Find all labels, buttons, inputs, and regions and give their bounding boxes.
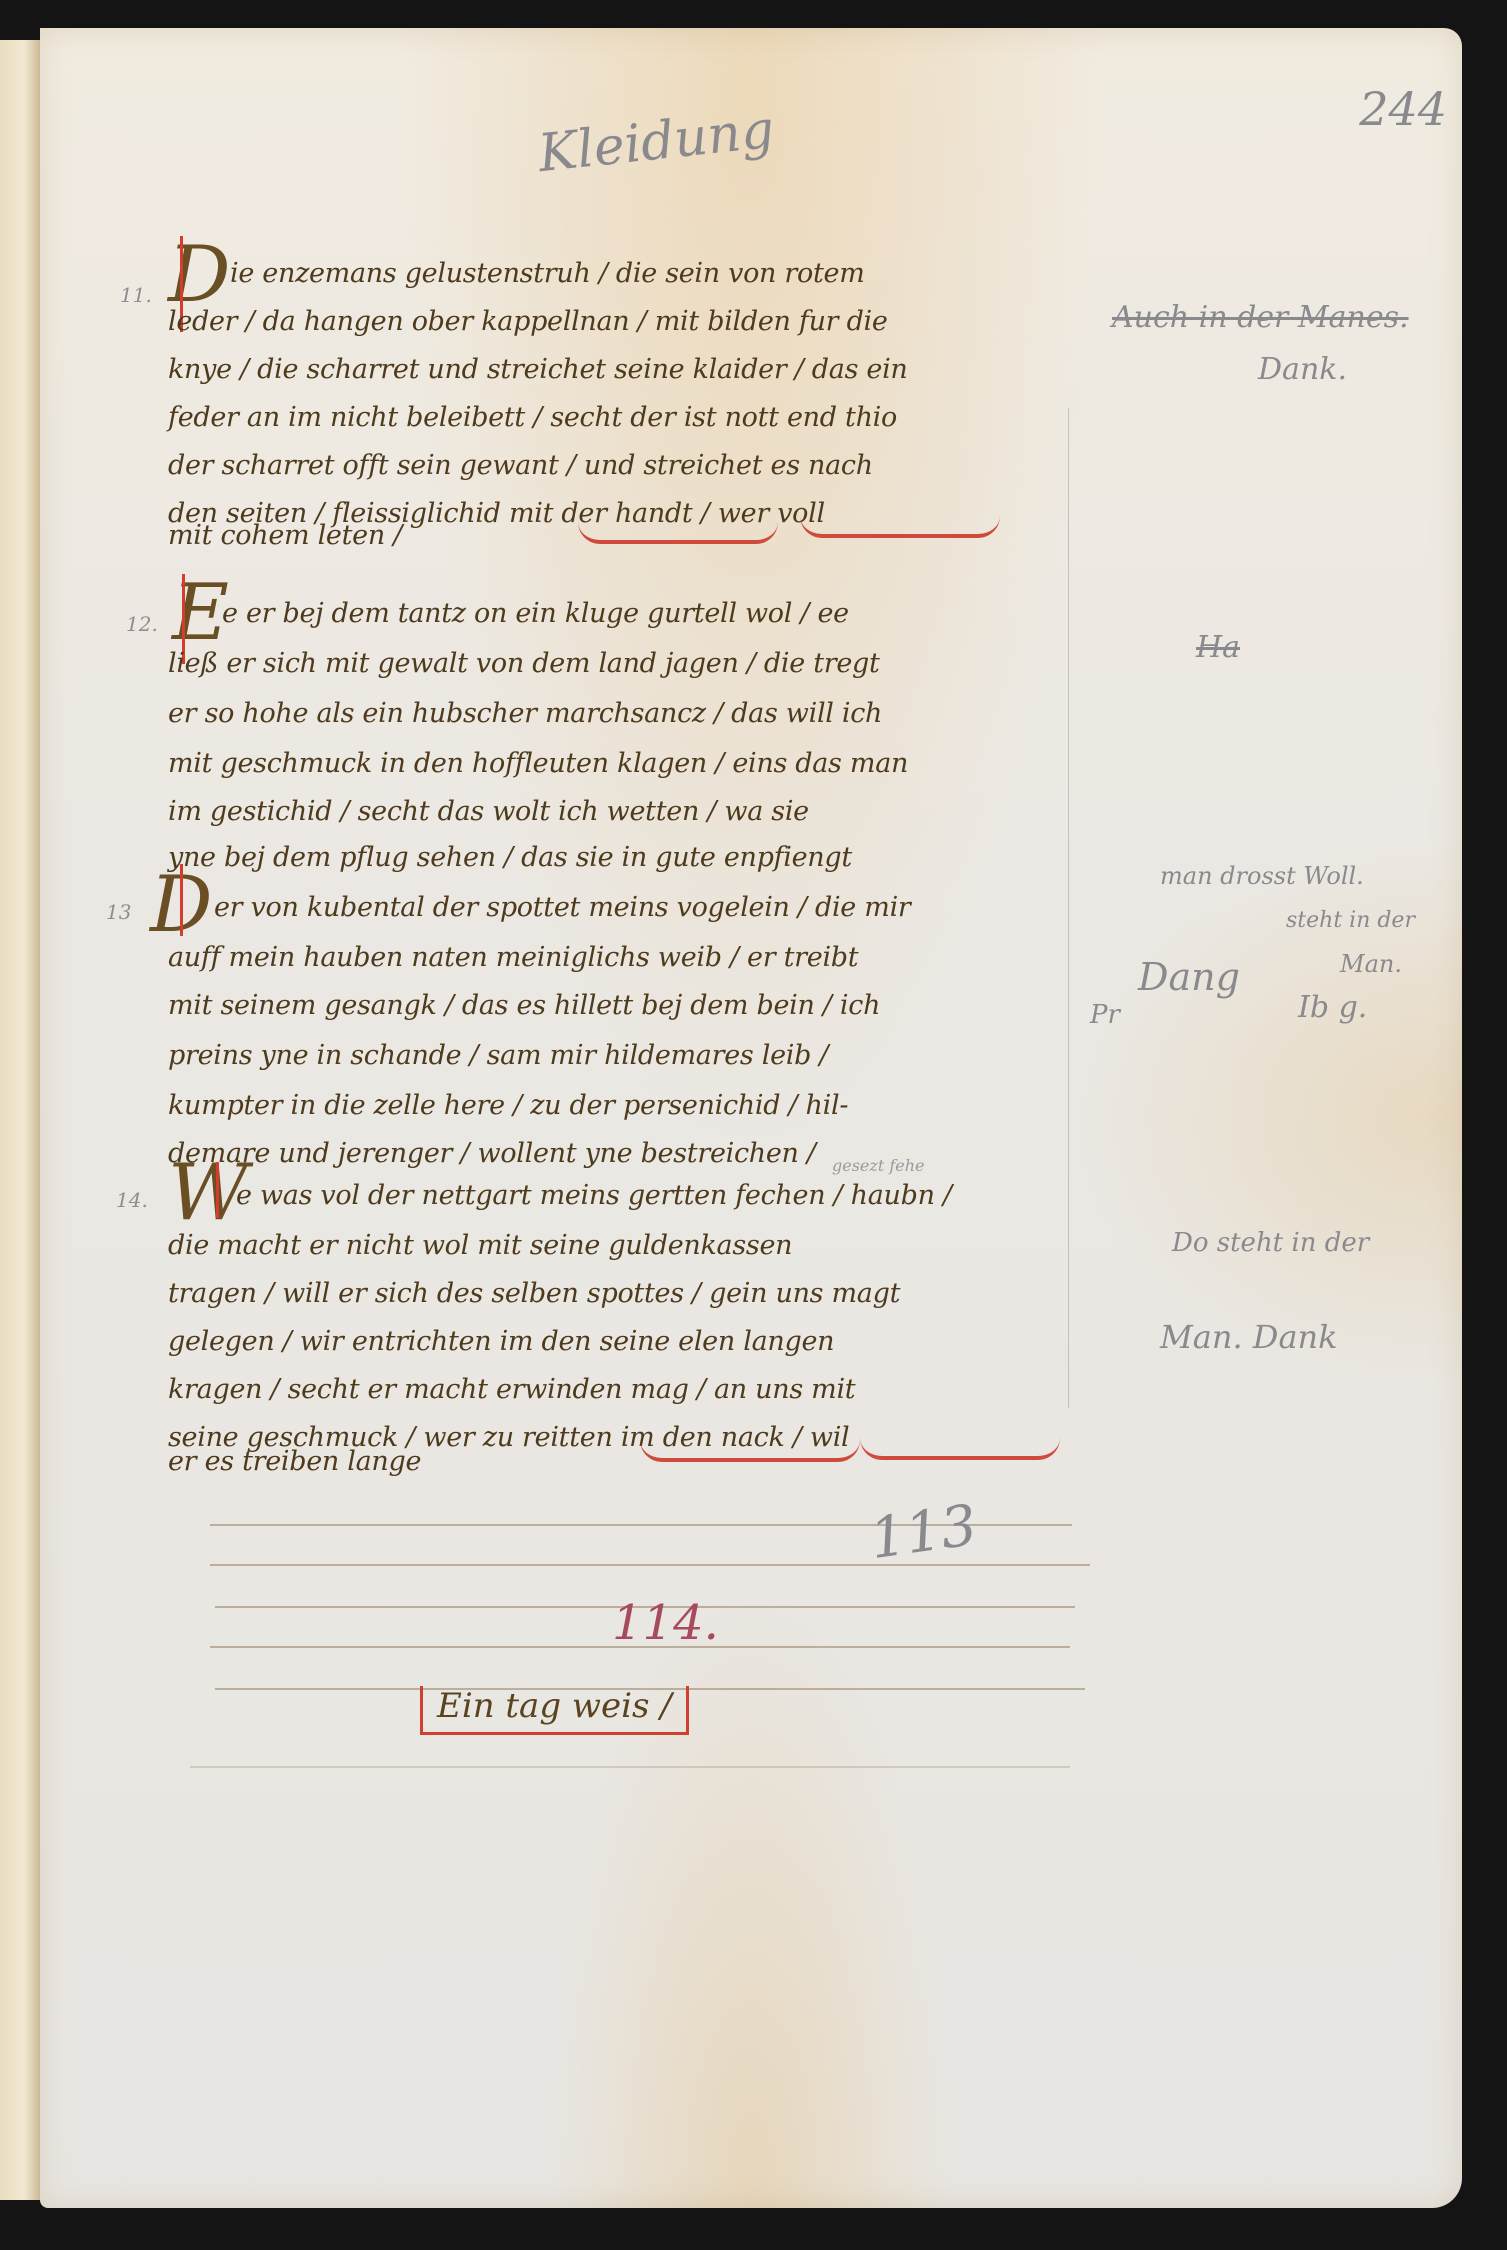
text-line: ließ er sich mit gewalt von dem land jag… [168, 648, 880, 679]
text-line: er so hohe als ein hubscher marchsancz /… [168, 698, 882, 729]
text-line: preins yne in schande / sam mir hildemar… [168, 1040, 828, 1071]
text-line: demare und jerenger / wollent yne bestre… [168, 1138, 816, 1169]
paragraph-number: 13 [106, 900, 131, 924]
marginal-note: Ha [1196, 630, 1240, 665]
text-line: auff mein hauben naten meiniglichs weib … [168, 942, 858, 973]
paragraph-number: 14. [116, 1188, 148, 1212]
text-line: feder an im nicht beleibett / secht der … [168, 402, 897, 433]
next-song-incipit: Ein tag weis / [420, 1686, 689, 1735]
marginal-note: Dank. [1258, 352, 1347, 387]
decorated-initial: D [150, 860, 213, 950]
rubric-number: 114. [612, 1595, 719, 1651]
folio-number: 244 [1359, 82, 1447, 136]
text-line: der scharret offt sein gewant / und stre… [168, 450, 873, 481]
marginal-note: Man. [1340, 950, 1402, 978]
text-line: die macht er nicht wol mit seine guldenk… [168, 1230, 792, 1261]
text-line: knye / die scharret und streichet seine … [168, 354, 908, 385]
red-line-filler [860, 1438, 1060, 1460]
text-line: ie enzemans gelustenstruh / die sein von… [230, 258, 865, 289]
text-line: e er bej dem tantz on ein kluge gurtell … [222, 598, 849, 629]
text-line: er es treiben lange [168, 1446, 421, 1477]
red-stroke [180, 864, 183, 936]
marginal-note: man drosst Woll. [1160, 862, 1364, 890]
ruling-line [190, 1766, 1070, 1768]
red-line-filler [578, 522, 778, 544]
marginal-note: steht in der [1286, 908, 1415, 933]
decorated-initial: E [172, 568, 229, 658]
text-line: tragen / will er sich des selben spottes… [168, 1278, 900, 1309]
text-line: kumpter in die zelle here / zu der perse… [168, 1090, 848, 1121]
paragraph-number: 11. [120, 283, 152, 307]
initial-letter: E [172, 568, 229, 658]
text-line: kragen / secht er macht erwinden mag / a… [168, 1374, 855, 1405]
marginal-note: Do steht in der [1172, 1228, 1369, 1258]
red-stroke [216, 1162, 219, 1218]
text-line: im gestichid / secht das wolt ich wetten… [168, 796, 809, 827]
text-line: mit cohem leten / [168, 520, 402, 551]
text-line: e was vol der nettgart meins gertten fec… [236, 1180, 952, 1211]
text-line: mit seinem gesangk / das es hillett bej … [168, 990, 880, 1021]
text-line: gelegen / wir entrichten im den seine el… [168, 1326, 834, 1357]
text-line: yne bej dem pflug sehen / das sie in gut… [168, 842, 852, 873]
previous-leaf-edge [0, 40, 42, 2200]
paragraph-number: 12. [126, 612, 158, 636]
marginal-note: Auch in der Manes. [1112, 300, 1409, 335]
marginal-note: Pr [1090, 1000, 1120, 1030]
ruling-vertical [1068, 408, 1069, 1408]
interlinear-gloss: gesezt fehe [832, 1156, 925, 1175]
text-line: mit geschmuck in den hoffleuten klagen /… [168, 748, 908, 779]
marginal-note: Ib g. [1298, 990, 1367, 1025]
ruling-line [210, 1564, 1090, 1566]
marginal-note: Dang [1138, 955, 1240, 999]
text-line: leder / da hangen ober kappellnan / mit … [168, 306, 888, 337]
red-line-filler [800, 516, 1000, 538]
red-line-filler [640, 1440, 860, 1462]
text-line: er von kubental der spottet meins vogele… [214, 892, 911, 923]
marginal-note: Man. Dank [1160, 1318, 1338, 1356]
